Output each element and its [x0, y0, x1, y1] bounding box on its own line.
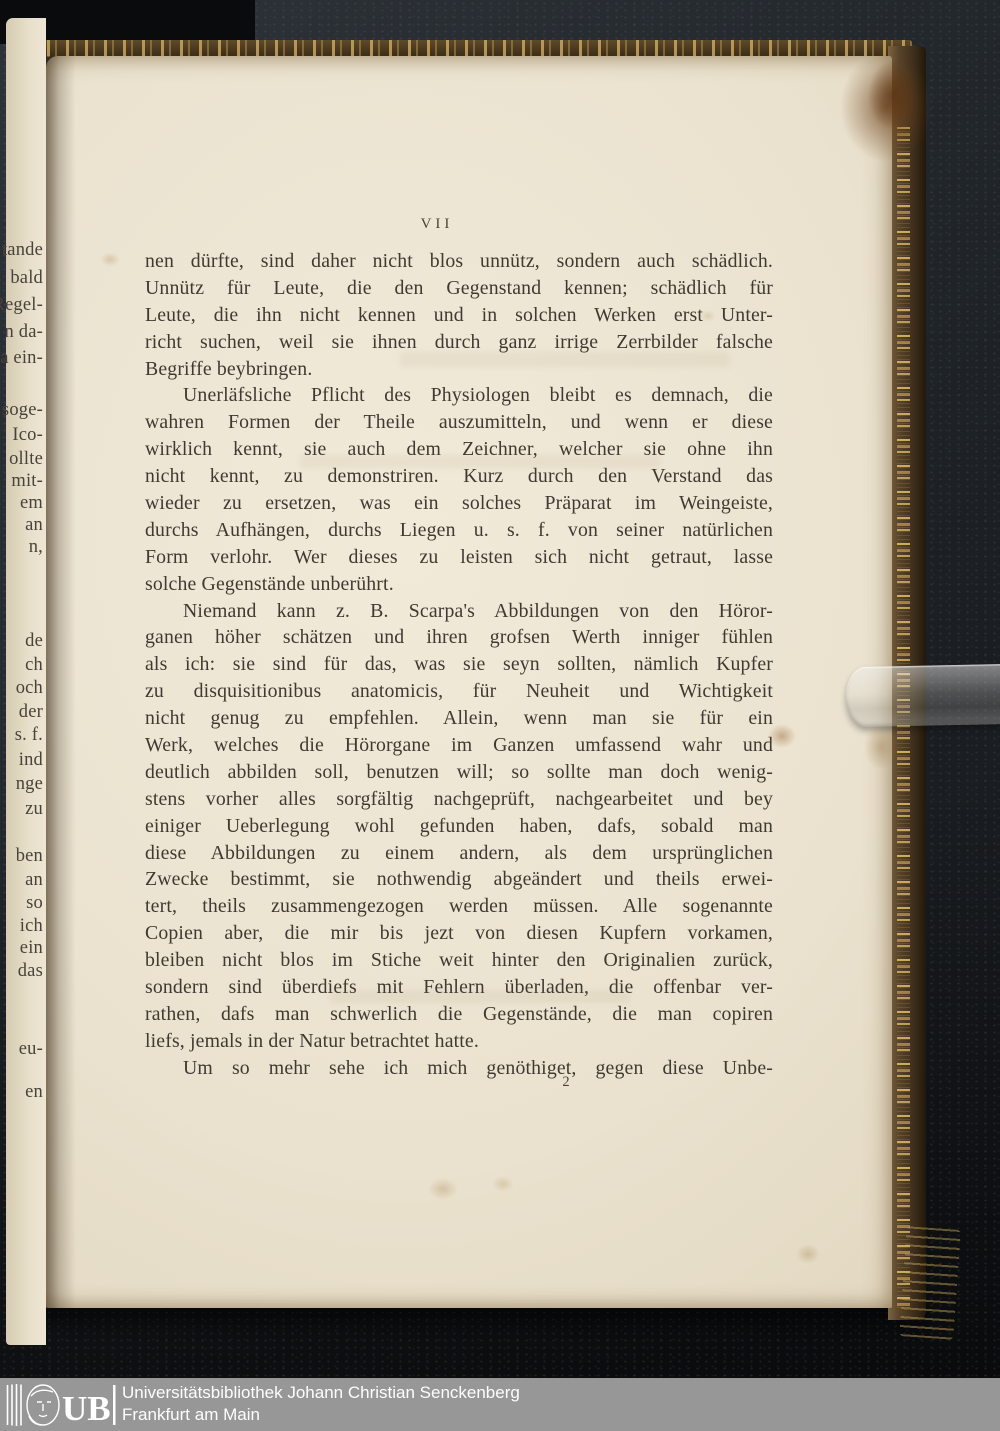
text-line: rathen, dafs man schwerlich die Gegenstä…: [145, 1001, 773, 1028]
text-line: durchs Aufhängen, durchs Liegen u. s. f.…: [145, 517, 773, 544]
show-through: [400, 352, 730, 367]
library-name-line1: Universitätsbibliothek Johann Christian …: [122, 1382, 520, 1404]
margin-text-fragment: soge-: [2, 400, 43, 421]
foxing-stain: [700, 310, 716, 322]
text-line: Unerläfsliche Pflicht des Physiologen bl…: [145, 382, 773, 409]
library-logo: UB: [5, 1382, 118, 1428]
margin-text-fragment: eu-: [19, 1039, 43, 1060]
margin-text-fragment: nge: [16, 774, 43, 795]
text-line: liefs, jemals in der Natur betrachtet ha…: [145, 1028, 773, 1055]
show-through: [300, 455, 660, 468]
page-cast-shadow: [18, 1305, 926, 1337]
text-line: deutlich abbilden soll, benutzen will; s…: [145, 759, 773, 786]
margin-text-fragment: ollte: [9, 449, 43, 470]
gutter-shadow: [46, 56, 76, 1308]
text-line: diese Abbildungen zu einem andern, als d…: [145, 840, 773, 867]
text-block: nen dürfte, sind daher nicht blos unnütz…: [145, 248, 773, 1082]
text-line: Zwecke bestimmt, sie nothwendig abgeände…: [145, 866, 773, 893]
text-line: stens vorher alles sorgfältig nachgeprüf…: [145, 786, 773, 813]
library-banner: UB Universitätsbibliothek Johann Christi…: [0, 1378, 1000, 1431]
foxing-stain: [768, 724, 796, 748]
book-scan: tandebaldRegel-n da-a ein-soge-Ico-ollte…: [0, 0, 1000, 1431]
margin-text-fragment: s. f.: [15, 725, 43, 746]
margin-text-fragment: ind: [19, 750, 43, 771]
text-line: Leute, die ihn nicht kennen und in solch…: [145, 302, 773, 329]
margin-text-fragment: an: [25, 515, 43, 536]
foxing-stain: [428, 1178, 458, 1200]
book-spines-icon: [8, 1384, 22, 1426]
text-line: Niemand kann z. B. Scarpa's Abbildungen …: [145, 598, 773, 625]
margin-text-fragment: an: [25, 870, 43, 891]
margin-text-fragment: ein: [20, 938, 43, 959]
margin-text-fragment: en: [25, 1082, 43, 1103]
goethe-portrait-icon: [27, 1385, 59, 1425]
text-line: wahren Formen der Theile auszumitteln, u…: [145, 409, 773, 436]
text-line: als ich: sie sind für das, was sie seyn …: [145, 651, 773, 678]
foxing-stain: [100, 252, 120, 267]
margin-text-fragment: der: [19, 702, 43, 723]
text-line: tert, theils zusammengezogen werden müss…: [145, 893, 773, 920]
text-line: Copien aber, die mir bis jezt von diesen…: [145, 920, 773, 947]
margin-text-fragment: bald: [10, 268, 43, 289]
foxing-stain: [796, 1244, 820, 1264]
margin-text-fragment: ben: [16, 846, 43, 867]
margin-text-fragment: mit-: [11, 471, 43, 492]
show-through: [330, 990, 630, 1003]
margin-text-fragment: ch: [25, 655, 43, 676]
margin-text-fragment: Regel-: [0, 295, 43, 316]
margin-text-fragment: de: [25, 631, 43, 652]
text-line: solche Gegenstände unberührt.: [145, 571, 773, 598]
margin-text-fragment: em: [20, 493, 43, 514]
text-line: einiger Ueberlegung wohl gefunden haben,…: [145, 813, 773, 840]
book-cover-bottom-corner: [899, 1226, 961, 1339]
book-cover-top-edge: [28, 40, 912, 57]
margin-text-fragment: a ein-: [0, 348, 43, 369]
margin-text-fragment: ich: [20, 916, 43, 937]
edge-stain: [864, 724, 898, 770]
text-line: zu disquisitionibus anatomicis, für Neuh…: [145, 678, 773, 705]
logo-divider: [113, 1385, 116, 1425]
previous-page-edge: tandebaldRegel-n da-a ein-soge-Ico-ollte…: [6, 18, 46, 1345]
foxing-stain: [492, 1176, 514, 1192]
text-line: Form verlohr. Wer dieses zu leisten sich…: [145, 544, 773, 571]
logo-text: UB: [62, 1389, 111, 1428]
text-line: nicht genug zu empfehlen. Allein, wenn m…: [145, 705, 773, 732]
text-line: Um so mehr sehe ich mich genöthiget, geg…: [145, 1055, 773, 1082]
library-name: Universitätsbibliothek Johann Christian …: [122, 1382, 520, 1425]
book-page: VII nen dürfte, sind daher nicht blos un…: [46, 56, 892, 1308]
page-holder-strip: [845, 664, 1000, 727]
margin-text-fragment: n,: [29, 537, 43, 558]
margin-text-fragment: Ico-: [12, 425, 43, 446]
text-line: Unnütz für Leute, die den Gegenstand ken…: [145, 275, 773, 302]
text-line: ganen höher schätzen und ihren grofsen W…: [145, 624, 773, 651]
margin-text-fragment: och: [16, 678, 43, 699]
margin-text-fragment: zu: [25, 799, 43, 820]
margin-text-fragment: das: [18, 961, 43, 982]
signature-mark: 2: [546, 1074, 586, 1091]
corner-stain: [868, 60, 918, 130]
text-line: bleiben nicht blos im Stiche weit hinter…: [145, 947, 773, 974]
page-number: VII: [145, 216, 729, 233]
library-name-line2: Frankfurt am Main: [122, 1404, 520, 1426]
text-line: Werk, welches die Hörorgane im Ganzen um…: [145, 732, 773, 759]
text-line: wieder zu ersetzen, was ein solches Präp…: [145, 490, 773, 517]
text-line: nen dürfte, sind daher nicht blos unnütz…: [145, 248, 773, 275]
margin-text-fragment: n da-: [5, 322, 44, 343]
margin-text-fragment: so: [26, 893, 43, 914]
margin-text-fragment: tande: [2, 240, 43, 261]
